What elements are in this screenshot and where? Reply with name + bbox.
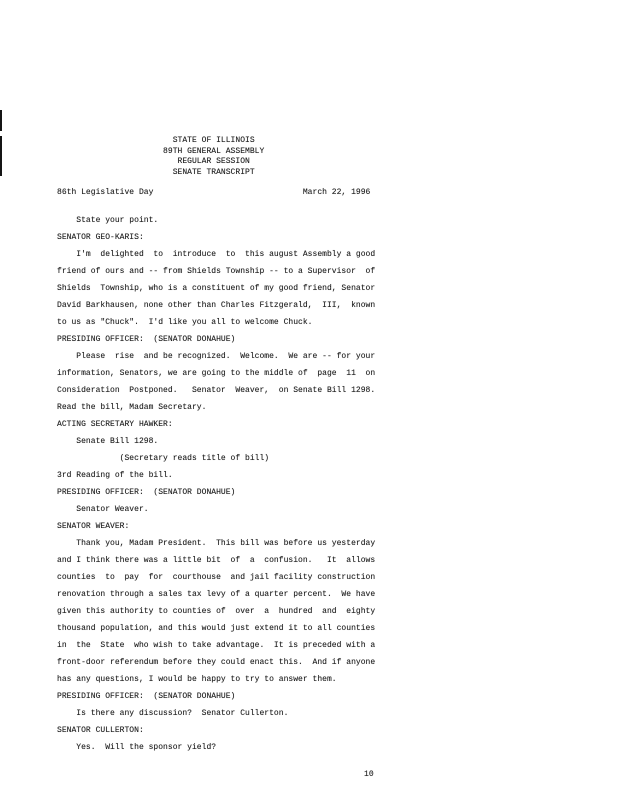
transcript-body: State your point.SENATOR GEO-KARIS: I'm … bbox=[57, 212, 375, 756]
header-line: REGULAR SESSION bbox=[57, 157, 264, 168]
transcript-line: SENATOR WEAVER: bbox=[57, 518, 375, 535]
transcript-line: ACTING SECRETARY HAWKER: bbox=[57, 416, 375, 433]
transcript-line: has any questions, I would be happy to t… bbox=[57, 671, 375, 688]
transcript-line: PRESIDING OFFICER: (SENATOR DONAHUE) bbox=[57, 688, 375, 705]
transcript-line: (Secretary reads title of bill) bbox=[57, 450, 375, 467]
transcript-line: PRESIDING OFFICER: (SENATOR DONAHUE) bbox=[57, 484, 375, 501]
date-row: 86th Legislative Day March 22, 1996 bbox=[57, 184, 370, 201]
transcript-line: friend of ours and -- from Shields Towns… bbox=[57, 263, 375, 280]
transcript-line: and I think there was a little bit of a … bbox=[57, 552, 375, 569]
transcript-line: front-door referendum before they could … bbox=[57, 654, 375, 671]
transcript-line: in the State who wish to take advantage.… bbox=[57, 637, 375, 654]
transcript-line: given this authority to counties of over… bbox=[57, 603, 375, 620]
transcript-line: SENATOR CULLERTON: bbox=[57, 722, 375, 739]
transcript-line: Thank you, Madam President. This bill wa… bbox=[57, 535, 375, 552]
transcript-line: State your point. bbox=[57, 212, 375, 229]
legislative-day-and-date: 86th Legislative Day March 22, 1996 bbox=[57, 184, 370, 201]
transcript-line: Consideration Postponed. Senator Weaver,… bbox=[57, 382, 375, 399]
transcript-line: Shields Township, who is a constituent o… bbox=[57, 280, 375, 297]
scanned-transcript-page: STATE OF ILLINOIS 89TH GENERAL ASSEMBLY … bbox=[0, 0, 618, 800]
transcript-line: counties to pay for courthouse and jail … bbox=[57, 569, 375, 586]
transcript-line: Read the bill, Madam Secretary. bbox=[57, 399, 375, 416]
scan-artifact-mark bbox=[0, 136, 2, 176]
transcript-line: Yes. Will the sponsor yield? bbox=[57, 739, 375, 756]
scan-artifact-mark bbox=[0, 110, 2, 131]
transcript-line: information, Senators, we are going to t… bbox=[57, 365, 375, 382]
transcript-line: I'm delighted to introduce to this augus… bbox=[57, 246, 375, 263]
header-line: STATE OF ILLINOIS bbox=[57, 136, 264, 147]
transcript-line: Senate Bill 1298. bbox=[57, 433, 375, 450]
transcript-line: to us as "Chuck". I'd like you all to we… bbox=[57, 314, 375, 331]
transcript-line: renovation through a sales tax levy of a… bbox=[57, 586, 375, 603]
transcript-line: David Barkhausen, none other than Charle… bbox=[57, 297, 375, 314]
transcript-line: Please rise and be recognized. Welcome. … bbox=[57, 348, 375, 365]
header-line: SENATE TRANSCRIPT bbox=[57, 168, 264, 179]
transcript-line: 3rd Reading of the bill. bbox=[57, 467, 375, 484]
transcript-line: SENATOR GEO-KARIS: bbox=[57, 229, 375, 246]
transcript-line: Is there any discussion? Senator Cullert… bbox=[57, 705, 375, 722]
transcript-line: thousand population, and this would just… bbox=[57, 620, 375, 637]
transcript-line: PRESIDING OFFICER: (SENATOR DONAHUE) bbox=[57, 331, 375, 348]
transcript-line: Senator Weaver. bbox=[57, 501, 375, 518]
header-line: 89TH GENERAL ASSEMBLY bbox=[57, 147, 264, 158]
document-header: STATE OF ILLINOIS 89TH GENERAL ASSEMBLY … bbox=[57, 136, 264, 178]
page-number: 10 bbox=[364, 766, 374, 783]
